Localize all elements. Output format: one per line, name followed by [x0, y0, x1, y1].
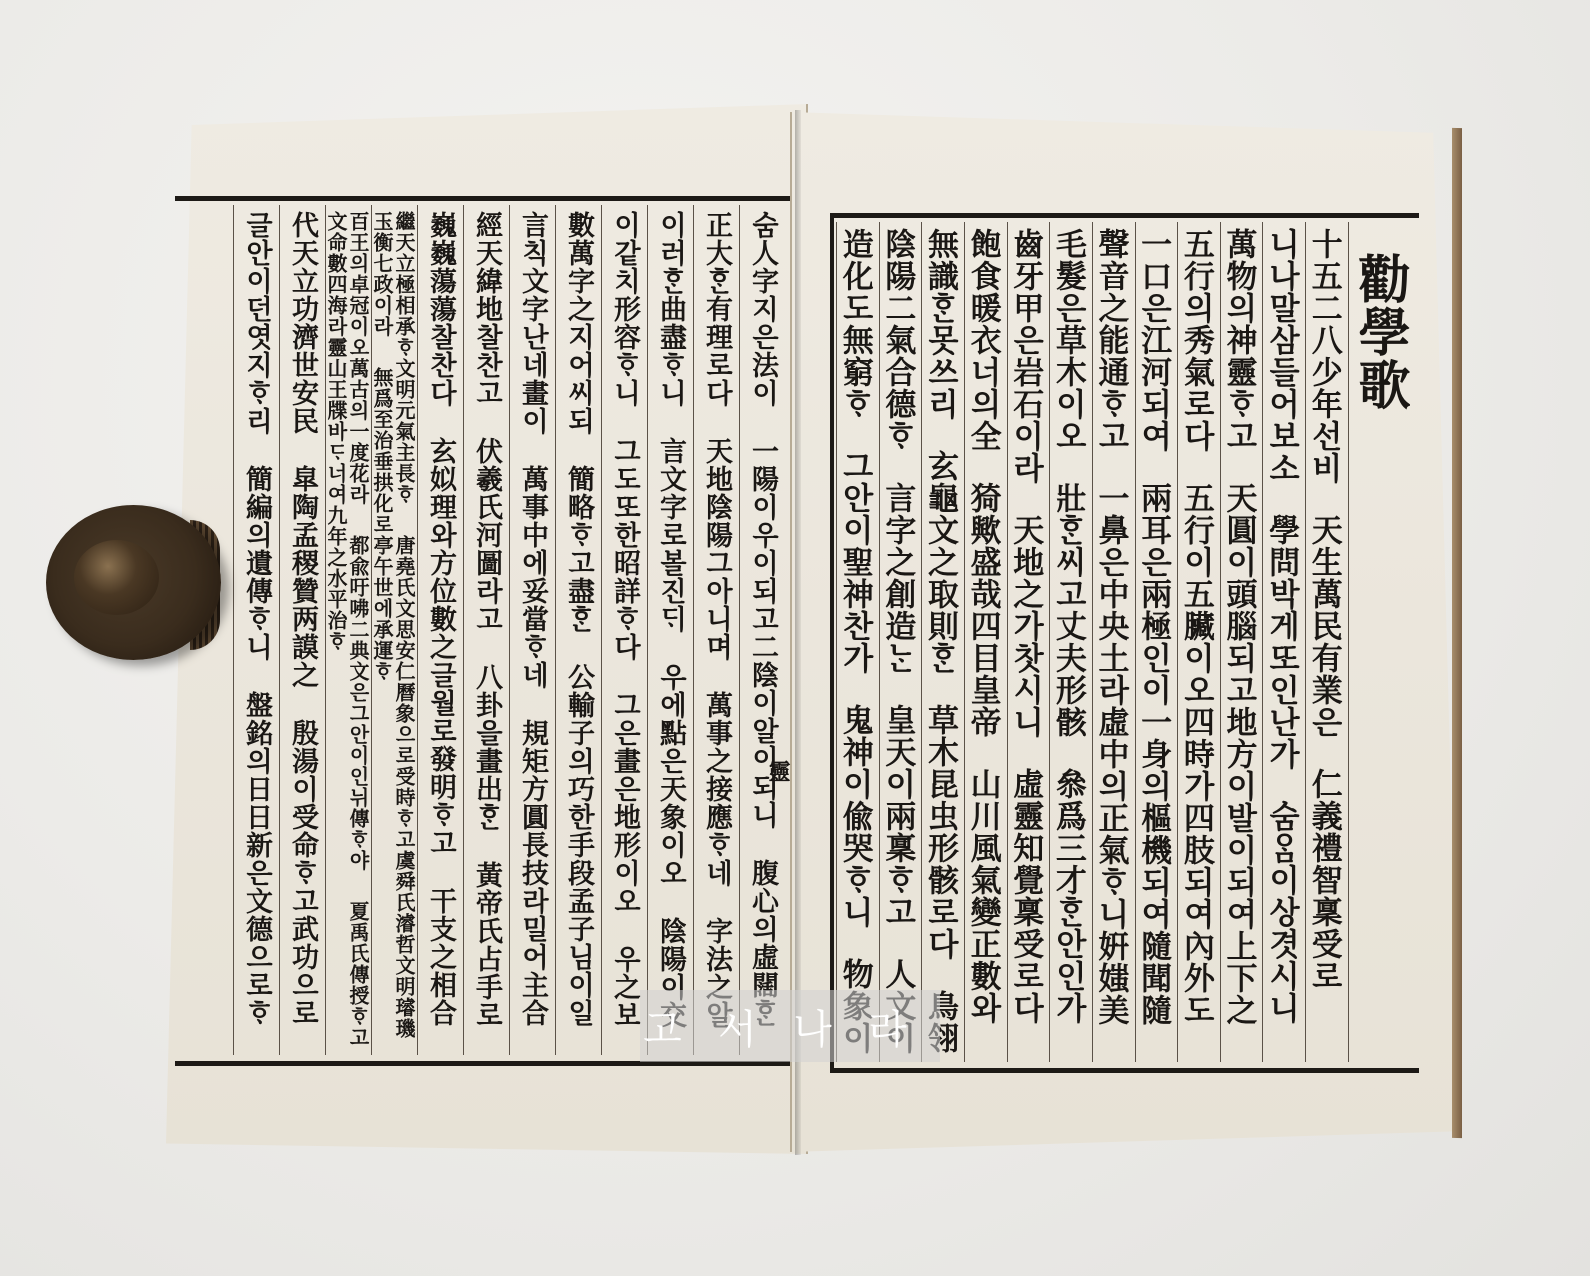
text-segment: 毛髮은草木이오 — [1050, 228, 1086, 452]
text-segment: 代天立功濟世安民 — [287, 211, 318, 435]
watermark-char: 고 — [643, 998, 712, 1055]
text-column: 造化도無窮ᄒᆞ그안이聖神찬가鬼神이偸哭ᄒᆞ니物象이顯著ᄒᆞ니그안이光明찬ᄀᆞ — [836, 222, 879, 1062]
text-column: 니나말삼들어보소學問박게또인난가숨ᄋᆞᆷ이상겻시니 — [1262, 222, 1305, 1062]
text-segment: 仁義禮智稟受로 — [1306, 768, 1342, 992]
text-segment: 百王의卓冠이오 — [346, 211, 370, 358]
text-segment: 天生萬民有業은 — [1306, 514, 1342, 738]
open-book: 勸學歌 十五二八少年선비天生萬民有業은仁義禮智稟受로 니나말삼들어보소學問박게또… — [0, 0, 1590, 1276]
text-segment: 虛靈知覺稟受로다 — [1007, 768, 1043, 1024]
text-column-annotation: 繼天立極相承ᄒᆞ文明元氣主長ᄒᆞ唐堯氏文思安仁曆象으로受時ᄒᆞ고虞舜氏濬哲文明璿… — [371, 205, 417, 1055]
text-segment: 經天緯地찰찬고 — [471, 211, 502, 407]
text-column-annotation: 百王의卓冠이오萬古의一度花라都兪吁咈二典文은그안이인뉘傳ᄒᆞ야夏禹氏傳授ᄒᆞ고文… — [325, 205, 371, 1055]
book-edge — [1452, 128, 1462, 1138]
text-segment: 文明元氣主長ᄒᆞ — [392, 358, 416, 505]
text-segment: 山川風氣變正數와 — [965, 768, 1001, 1024]
text-segment: 우에點은天象이오 — [655, 663, 686, 887]
text-column: 正大ᄒᆞᆫ有理로다天地陰陽그아니며萬事之接應ᄒᆞ네字法之알기쉽다 — [693, 205, 739, 1055]
text-column: 飽食暖衣너의全猗歟盛哉四目皇帝山川風氣變正數와奎星이圓曲ᄒᆞ여 — [964, 222, 1007, 1062]
text-segment: 猗歟盛哉四目皇帝 — [965, 482, 1001, 738]
text-segment: 그도또한昭詳ᄒᆞ다 — [609, 437, 640, 661]
text-column: 毛髮은草木이오壯ᄒᆞᆫ씨고丈夫形骸叅爲三才ᄒᆞᆫ안인가四德이天性이오 — [1049, 222, 1092, 1062]
text-column: 數萬字之지어씨되簡略ᄒᆞ고盡ᄒᆞᆫ公輸子의巧한手段孟子님이일너시되알담닿다글文字… — [555, 205, 601, 1055]
text-column: 一口은江河되여兩耳은兩極인이一身의樞機되여隨聞隨聽任意ᄒᆞ여外輔內弼ᄒᆞ여잇고 — [1135, 222, 1178, 1062]
text-segment: 言文字로볼진ᄃᆡ — [655, 437, 686, 633]
text-segment: 聲音之能通ᄒᆞ고 — [1093, 228, 1129, 452]
text-column: 이러ᄒᆞᆫ曲盡ᄒᆞ니言文字로볼진ᄃᆡ우에點은天象이오陰陽이交合ᄒᆞ고上下畫이되어… — [647, 205, 693, 1055]
text-segment: 齒牙甲은岩石이라 — [1007, 228, 1043, 484]
text-segment: 無識ᄒᆞᆫ못쓰리 — [922, 228, 958, 420]
text-segment: 數萬字之지어씨되 — [563, 211, 594, 435]
right-page-text: 勸學歌 十五二八少年선비天生萬民有業은仁義禮智稟受로 니나말삼들어보소學問박게또… — [836, 222, 1411, 1062]
text-segment: 글안이던엿지ᄒᆞ리 — [241, 211, 272, 435]
text-segment: 萬事中에妥當ᄒᆞ네 — [517, 465, 548, 689]
page-title: 勸學歌 — [1348, 222, 1411, 1062]
text-segment: 숨人字지은法이 — [747, 211, 778, 407]
watermark: 고 서 나 라 — [640, 990, 940, 1062]
text-column: 巍巍蕩蕩찰찬다玄姒理와方位數之글월로發明ᄒᆞ고干支之相合ᄒᆞ여成始成終ᄒᆞ여또다 — [417, 205, 463, 1055]
text-segment: 言字之創造ᄂᆞᆫ — [879, 482, 915, 674]
text-segment: 萬事之接應ᄒᆞ네 — [701, 691, 732, 887]
text-segment: 簡略ᄒᆞ고盡ᄒᆞᆫ — [563, 465, 594, 633]
text-segment: 그안이인뉘傳ᄒᆞ야 — [346, 703, 370, 871]
text-segment: 萬古의一度花라 — [346, 358, 370, 505]
text-segment: 靈山王牒바ᄃᆞ너여九年之水平治ᄒᆞ — [325, 337, 348, 652]
text-column: 萬物의神靈ᄒᆞ고天圓이頭腦되고地方이발이되여上下之가찻시며兩目은日月이라 — [1220, 222, 1263, 1062]
text-segment: 이같치形容ᄒᆞ니 — [609, 211, 640, 407]
text-segment: 萬物의神靈ᄒᆞ고 — [1220, 228, 1256, 452]
text-segment: 正大ᄒᆞᆫ有理로다 — [701, 211, 732, 407]
watermark-char: 나 — [793, 998, 862, 1055]
text-segment: 陰陽二氣合德ᄒᆞ — [879, 228, 915, 452]
text-segment: 叅爲三才ᄒᆞᆫ안인가 — [1050, 768, 1086, 1024]
text-segment: 簡編의遺傳ᄒᆞ니 — [241, 465, 272, 661]
watermark-char: 라 — [868, 998, 937, 1055]
paperweight-knob — [74, 540, 159, 615]
text-segment: 壯ᄒᆞᆫ씨고丈夫形骸 — [1050, 482, 1086, 738]
text-column: 無識ᄒᆞᆫ못쓰리玄龜文之取則ᄒᆞᆫ草木昆虫形骸로다鳥翎ᄆᆞ低昂이라 — [921, 222, 964, 1062]
text-segment: 飽食暖衣너의全 — [965, 228, 1001, 452]
text-segment: 一口은江河되여 — [1135, 228, 1171, 452]
text-segment: 都兪吁咈二典文은 — [346, 535, 370, 703]
text-column: 이같치形容ᄒᆞ니그도또한昭詳ᄒᆞ다그은畫은地形이오우之보면天象이오알之보면人字로… — [601, 205, 647, 1055]
text-segment: 八卦을畫出ᄒᆞᆫ — [471, 663, 502, 831]
text-segment: 造化도無窮ᄒᆞ — [837, 228, 873, 420]
text-segment: 天地陰陽그아니며 — [701, 437, 732, 661]
text-segment: 그안이聖神찬가 — [837, 450, 873, 674]
text-segment: 숨ᄋᆞᆷ이상겻시니 — [1263, 800, 1299, 1024]
text-segment: 無爲至治垂拱化로 — [371, 367, 394, 535]
left-page-text: 숨人字지은法이一陽이우이되고二陰이알이되니腹心의虛闊ᄒᆞᆫ吳道子의妙한畫法 正大… — [180, 205, 785, 1055]
margin-annotation: 靈 — [763, 760, 794, 782]
text-segment: 皇天이兩稟ᄒᆞ고 — [879, 704, 915, 928]
text-column: 齒牙甲은岩石이라天地之가찻시니虛靈知覺稟受로다五常이良能이라 — [1007, 222, 1050, 1062]
text-segment: 五行의秀氣로다 — [1178, 228, 1214, 452]
text-column: 글안이던엿지ᄒᆞ리簡編의遺傳ᄒᆞ니盤銘의日日新은文德으로ᄒᆞ니이라 — [233, 205, 279, 1055]
text-segment: 이러ᄒᆞᆫ曲盡ᄒᆞ니 — [655, 211, 686, 407]
text-segment: 唐堯氏文思安仁曆象으로受時ᄒᆞ고 — [392, 535, 416, 850]
text-segment: 皐陶孟稷贊两謨之 — [287, 465, 318, 689]
text-segment: 十五二八少年선비 — [1306, 228, 1342, 484]
text-segment: 繼天立極相承ᄒᆞ — [392, 211, 416, 358]
text-column: 十五二八少年선비天生萬民有業은仁義禮智稟受로 — [1305, 222, 1348, 1062]
text-segment: 伏羲氏河圖라고 — [471, 437, 502, 633]
text-column: 陰陽二氣合德ᄒᆞ言字之創造ᄂᆞᆫ皇天이兩稟ᄒᆞ고人文이大明ᄒᆞ니그안이神奇ᄒᆞ니 — [879, 222, 922, 1062]
text-segment: 鬼神이偸哭ᄒᆞ니 — [837, 704, 873, 928]
watermark-char: 서 — [718, 998, 787, 1055]
text-segment: 니나말삼들어보소 — [1263, 228, 1299, 484]
text-segment: 그은畫은地形이오 — [609, 691, 640, 915]
text-column: 五行의秀氣로다五行이五臟이오四時가四肢되여內外도具備로다昭明ᄒᆞ미그지업고 — [1177, 222, 1220, 1062]
text-segment: 言칙文字난네畫이 — [517, 211, 548, 435]
text-column: 言칙文字난네畫이萬事中에妥當ᄒᆞ네規矩方圓長技라밀어主合意ᄒᆞᆷ功效之알할진대 — [509, 205, 555, 1055]
text-segment: 草木昆虫形骸로다 — [922, 704, 958, 960]
text-segment: 玄姒理와方位數之글월로發明ᄒᆞ고 — [425, 437, 456, 857]
text-segment: 天地之가찻시니 — [1007, 514, 1043, 738]
text-segment: 玄龜文之取則ᄒᆞᆫ — [922, 450, 958, 674]
text-column: 聲音之能通ᄒᆞ고一鼻은中央土라虛中의正氣ᄒᆞ니姸媸美惡分辨ᄒᆞ야無形無跡相應ᄒᆞ… — [1092, 222, 1135, 1062]
text-column: 代天立功濟世安民皐陶孟稷贊两謨之殷湯이受命ᄒᆞ고武功으로革夏ᄒᆞ되 — [279, 205, 325, 1055]
text-segment: 學問박게또인난가 — [1263, 514, 1299, 770]
text-segment: 巍巍蕩蕩찰찬다 — [425, 211, 456, 407]
text-segment: 亭午世에承運ᄒᆞ — [371, 535, 394, 682]
text-column: 숨人字지은法이一陽이우이되고二陰이알이되니腹心의虛闊ᄒᆞᆫ吳道子의妙한畫法 — [739, 205, 785, 1055]
text-column: 經天緯地찰찬고伏羲氏河圖라고八卦을畫出ᄒᆞᆫ黃帝氏占手로다六甲之지어씨니 — [463, 205, 509, 1055]
